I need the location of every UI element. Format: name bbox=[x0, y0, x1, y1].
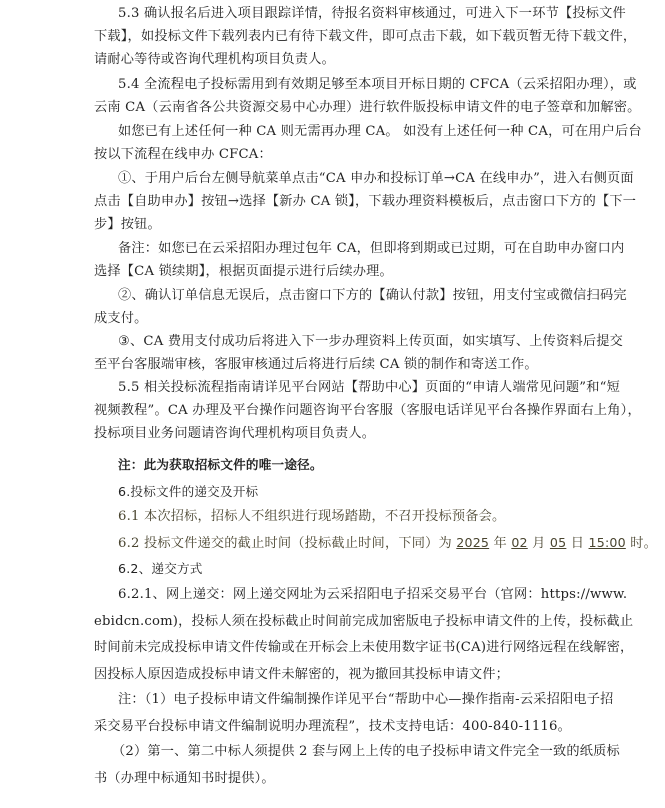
para-5-3-line-1: 5.3 确认报名后进入项目跟踪详情，待报名资料审核通过，可进入下一环节【投标文件 bbox=[118, 5, 572, 23]
para-5-4-line-2: 云南 CA（云南省各公共资源交易中心办理）进行软件版投标申请文件的电子签章和加解… bbox=[94, 99, 572, 117]
para-5-5-line-1: 5.5 相关投标流程指南请详见平台网站【帮助中心】页面的“申请人端常见问题”和“… bbox=[118, 379, 572, 397]
deadline-day: 05 bbox=[550, 535, 566, 550]
para-ca-info-line-1: 如您已有上述任何一种 CA 则无需再办理 CA。 如没有上述任何一种 CA，可在… bbox=[118, 123, 572, 141]
note-2-line-1: （2）第一、第二中标人须提供 2 套与网上上传的电子投标申请文件完全一致的纸质标 bbox=[112, 743, 566, 761]
step-3-line-2: 至平台客服端审核，客服审核通过后将进行后续 CA 锁的制作和寄送工作。 bbox=[94, 356, 572, 374]
para-6-1: 6.1 本次招标，招标人不组织进行现场踏勘，不召开投标预备会。 bbox=[118, 508, 572, 526]
remark-line-1: 备注：如您已在云采招阳办理过包年 CA，但即将到期或已过期，可在自助申办窗口内 bbox=[118, 240, 572, 258]
para-ca-info-line-2: 按以下流程在线申办 CFCA： bbox=[94, 146, 572, 164]
step-1-line-3: 步】按钮。 bbox=[94, 216, 572, 234]
deadline-year: 2025 bbox=[456, 535, 489, 550]
deadline-month: 02 bbox=[511, 535, 527, 550]
para-6-2-prefix: 6.2 投标文件递交的截止时间（投标截止时间，下同）为 bbox=[118, 536, 456, 551]
document-page: 5.3 确认报名后进入项目跟踪详情，待报名资料审核通过，可进入下一环节【投标文件… bbox=[0, 0, 665, 808]
para-5-3-line-3: 请耐心等待或咨询代理机构项目负责人。 bbox=[94, 51, 572, 69]
deadline-time: 15:00 bbox=[589, 535, 626, 550]
step-3-line-1: ③、CA 费用支付成功后将进入下一步办理资料上传页面，如实填写、上传资料后提交 bbox=[118, 333, 572, 351]
step-2-line-1: ②、确认订单信息无误后，点击窗口下方的【确认付款】按钮，用支付宝或微信扫码完 bbox=[118, 287, 572, 305]
note-only-way: 注：此为获取招标文件的唯一途径。 bbox=[118, 456, 572, 474]
deadline-year-unit: 年 bbox=[489, 536, 511, 551]
note-1-line-1: 注：（1）电子投标申请文件编制操作详见平台“帮助中心—操作指南-云采招阳电子招 bbox=[118, 691, 572, 709]
para-5-5-line-3: 投标项目业务问题请咨询代理机构项目负责人。 bbox=[94, 425, 572, 443]
step-1-line-2: 点击【自助申办】按钮→选择【新办 CA 锁】，下载办理资料模板后，点击窗口下方的… bbox=[94, 193, 572, 211]
para-5-4-line-1: 5.4 全流程电子投标需用到有效期足够至本项目开标日期的 CFCA（云采招阳办理… bbox=[118, 76, 572, 94]
para-6-2-1-line-4: 因投标人原因造成投标申请文件未解密的，视为撤回其投标申请文件； bbox=[94, 666, 572, 684]
deadline-time-unit: 时。 bbox=[626, 536, 657, 551]
note-2-line-2: 书（办理中标通知书时提供）。 bbox=[94, 770, 572, 788]
section-6-2-heading: 6.2、递交方式 bbox=[118, 560, 572, 578]
deadline-month-unit: 月 bbox=[528, 536, 550, 551]
remark-line-2: 选择【CA 锁续期】，根据页面提示进行后续办理。 bbox=[94, 263, 572, 281]
para-5-5-line-2: 视频教程”。CA 办理及平台操作问题咨询平台客服（客服电话详见平台各操作界面右上… bbox=[94, 402, 572, 420]
section-6-heading: 6.投标文件的递交及开标 bbox=[118, 483, 572, 501]
para-6-2-1-line-1: 6.2.1、网上递交：网上递交网址为云采招阳电子招采交易平台（官网：https:… bbox=[118, 586, 572, 604]
note-1-line-2: 采交易平台投标申请文件编制说明办理流程”，技术支持电话：400-840-1116… bbox=[94, 718, 572, 736]
step-1-line-1: ①、于用户后台左侧导航菜单点击“CA 申办和投标订单→CA 在线申办”，进入右侧… bbox=[118, 170, 572, 188]
deadline-day-unit: 日 bbox=[566, 536, 588, 551]
para-6-2: 6.2 投标文件递交的截止时间（投标截止时间，下同）为 2025 年 02 月 … bbox=[118, 534, 572, 553]
para-5-3-line-2: 下载】，如投标文件下载列表内已有待下载文件，即可点击下载，如下载页暂无待下载文件… bbox=[94, 28, 572, 46]
para-6-2-1-line-2: ebidcn.com)，投标人须在投标截止时间前完成加密版电子投标申请文件的上传… bbox=[94, 613, 572, 631]
step-2-line-2: 成支付。 bbox=[94, 310, 572, 328]
para-6-2-1-line-3: 时间前未完成投标申请文件传输或在开标会上未使用数字证书(CA)进行网络远程在线解… bbox=[94, 639, 572, 657]
